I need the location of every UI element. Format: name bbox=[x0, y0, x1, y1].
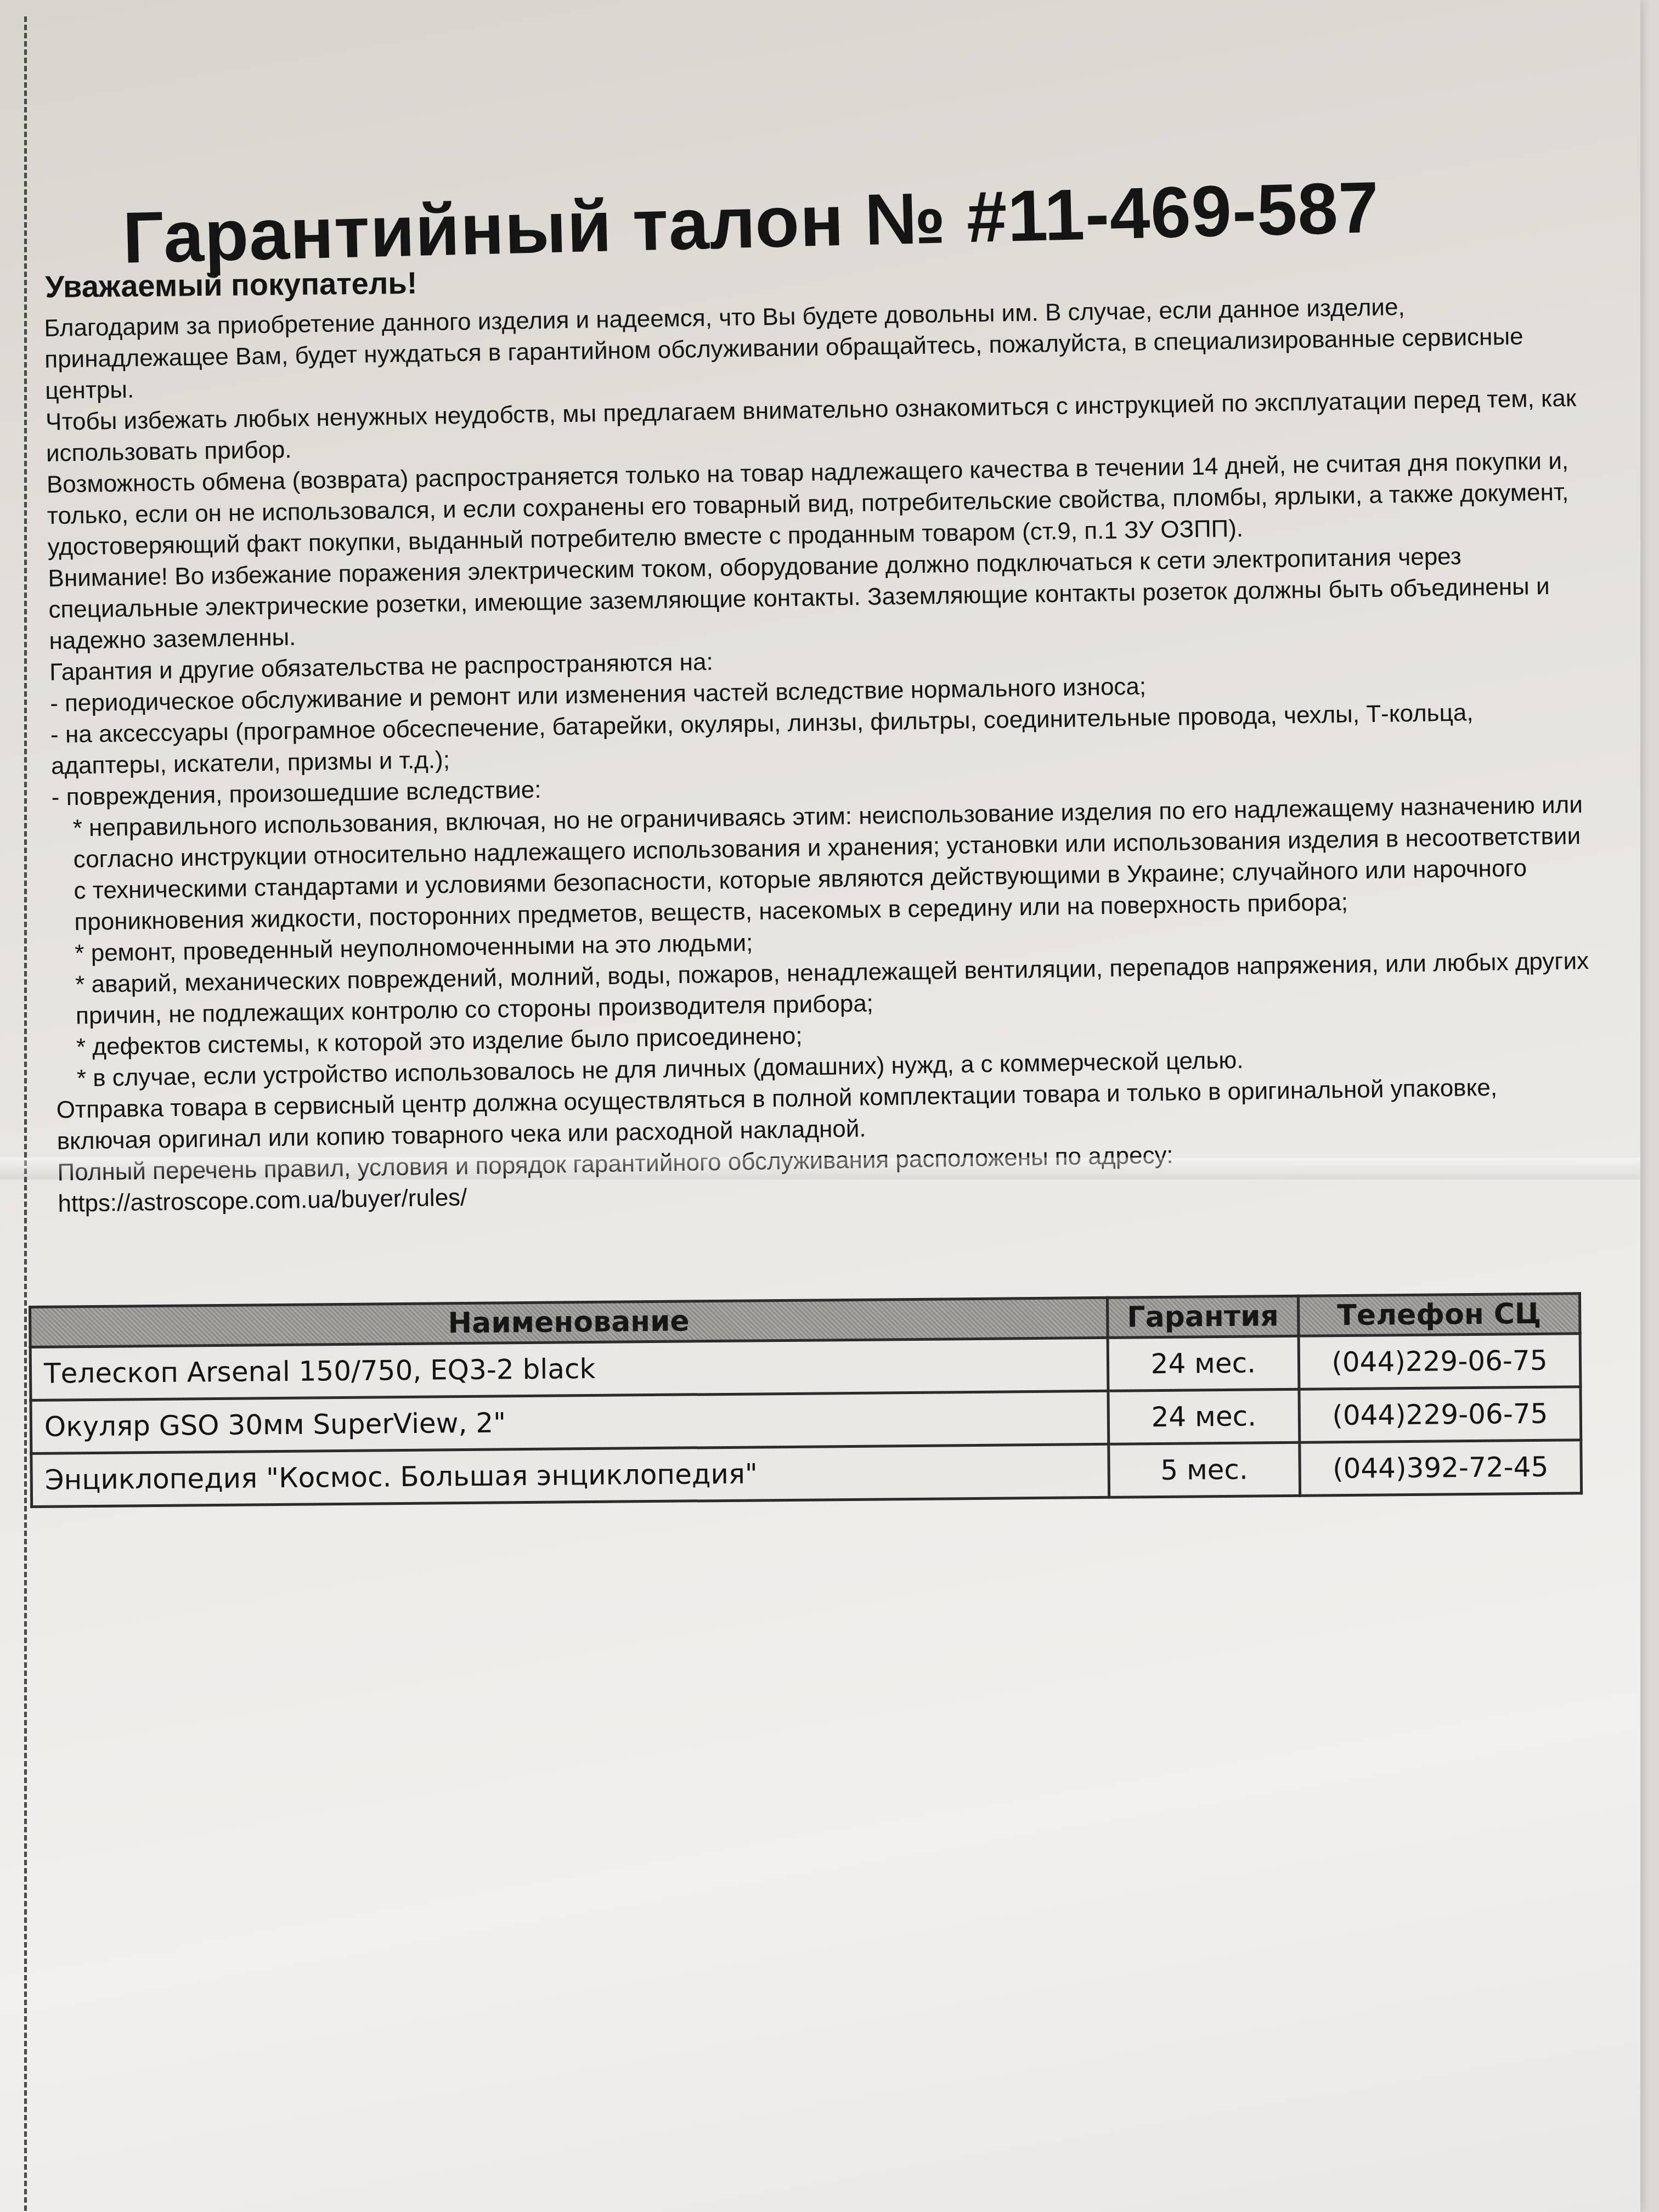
warranty-table: Наименование Гарантия Телефон СЦ Телеско… bbox=[29, 1292, 1583, 1508]
document-title: Гарантийный талон № #11-469-587 bbox=[122, 166, 1380, 279]
perforation-line bbox=[24, 16, 27, 2211]
header-warranty: Гарантия bbox=[1107, 1296, 1299, 1338]
service-phone: (044)229-06-75 bbox=[1299, 1387, 1581, 1442]
damage-cause-misuse: * неправильного использования, включая, … bbox=[52, 789, 1589, 938]
salutation: Уважаемый покупатель! bbox=[45, 265, 417, 304]
terms-body: Благодарим за приобретение данного издел… bbox=[44, 289, 1594, 1220]
product-name: Телескоп Arsenal 150/750, EQ3-2 black bbox=[30, 1338, 1108, 1400]
header-phone: Телефон СЦ bbox=[1298, 1294, 1580, 1336]
product-name: Энциклопедия "Космос. Большая энциклопед… bbox=[31, 1444, 1109, 1506]
warranty-period: 24 мес. bbox=[1108, 1336, 1299, 1391]
service-phone: (044)392-72-45 bbox=[1300, 1440, 1582, 1496]
product-name: Окуляр GSO 30мм SuperView, 2" bbox=[31, 1391, 1109, 1453]
rules-url-link[interactable]: https://astroscope.com.ua/buyer/rules/ bbox=[58, 1184, 467, 1217]
warranty-period: 24 мес. bbox=[1108, 1389, 1300, 1444]
warranty-card-paper: Гарантийный талон № #11-469-587 Уважаемы… bbox=[0, 0, 1640, 2212]
service-phone: (044)229-06-75 bbox=[1299, 1334, 1581, 1389]
warranty-period: 5 мес. bbox=[1109, 1442, 1300, 1497]
